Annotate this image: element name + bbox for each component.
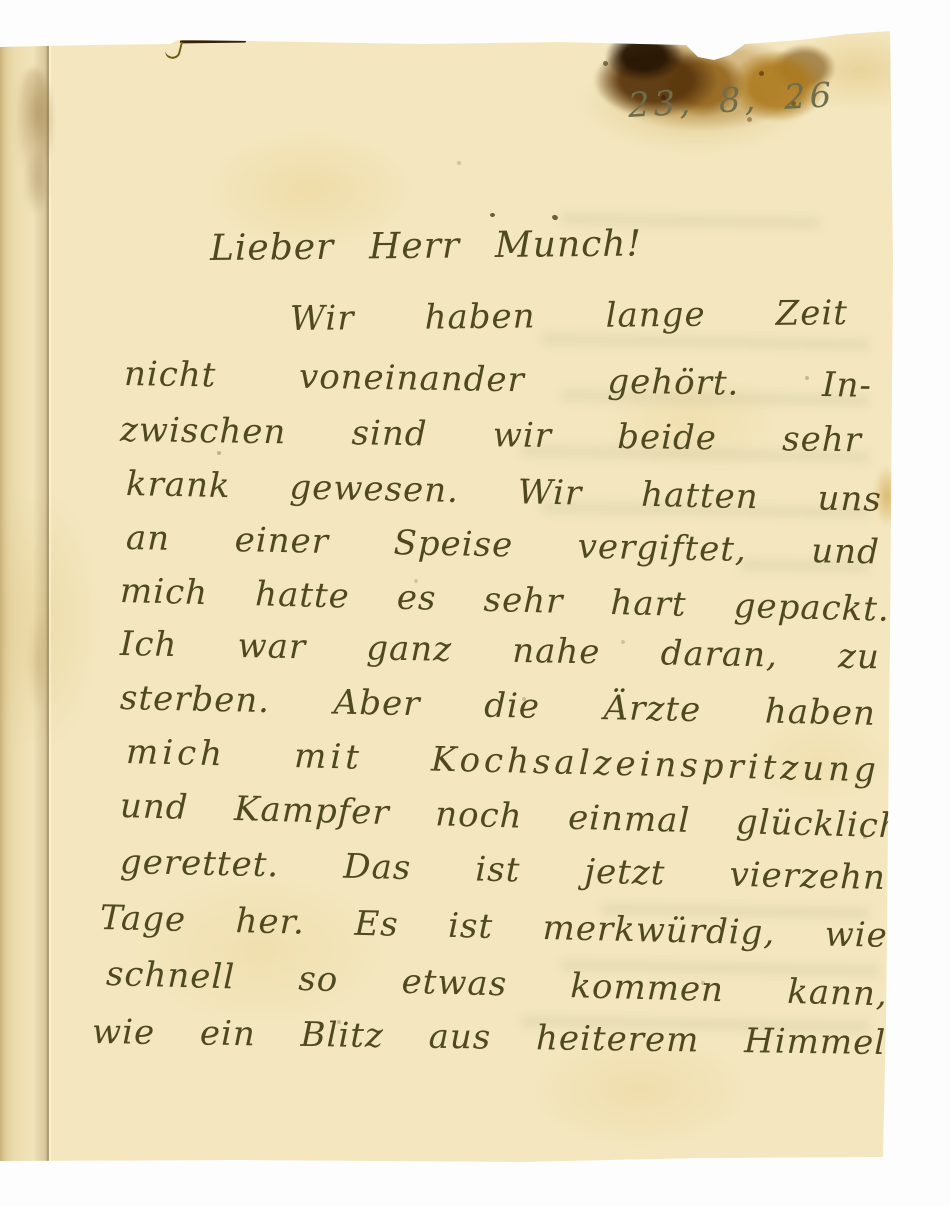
- letter-page: 23, 8, 26 Lieber Herr Munch! Wir haben l…: [0, 0, 950, 1206]
- scanned-letter-photo: 23, 8, 26 Lieber Herr Munch! Wir haben l…: [0, 0, 950, 1206]
- fold-stain: [24, 150, 50, 214]
- stain-speckles: [0, 0, 3, 3]
- fold-crease-highlight: [49, 42, 51, 1166]
- salutation-line: Lieber Herr Munch!: [210, 221, 642, 272]
- edge-smudge: [712, 20, 740, 32]
- paper-specks: [0, 0, 2, 2]
- stray-ink-dot: [490, 213, 495, 217]
- handwriting-line-1: Wir haben lange Zeit: [290, 291, 848, 341]
- fold-stain: [28, 615, 48, 710]
